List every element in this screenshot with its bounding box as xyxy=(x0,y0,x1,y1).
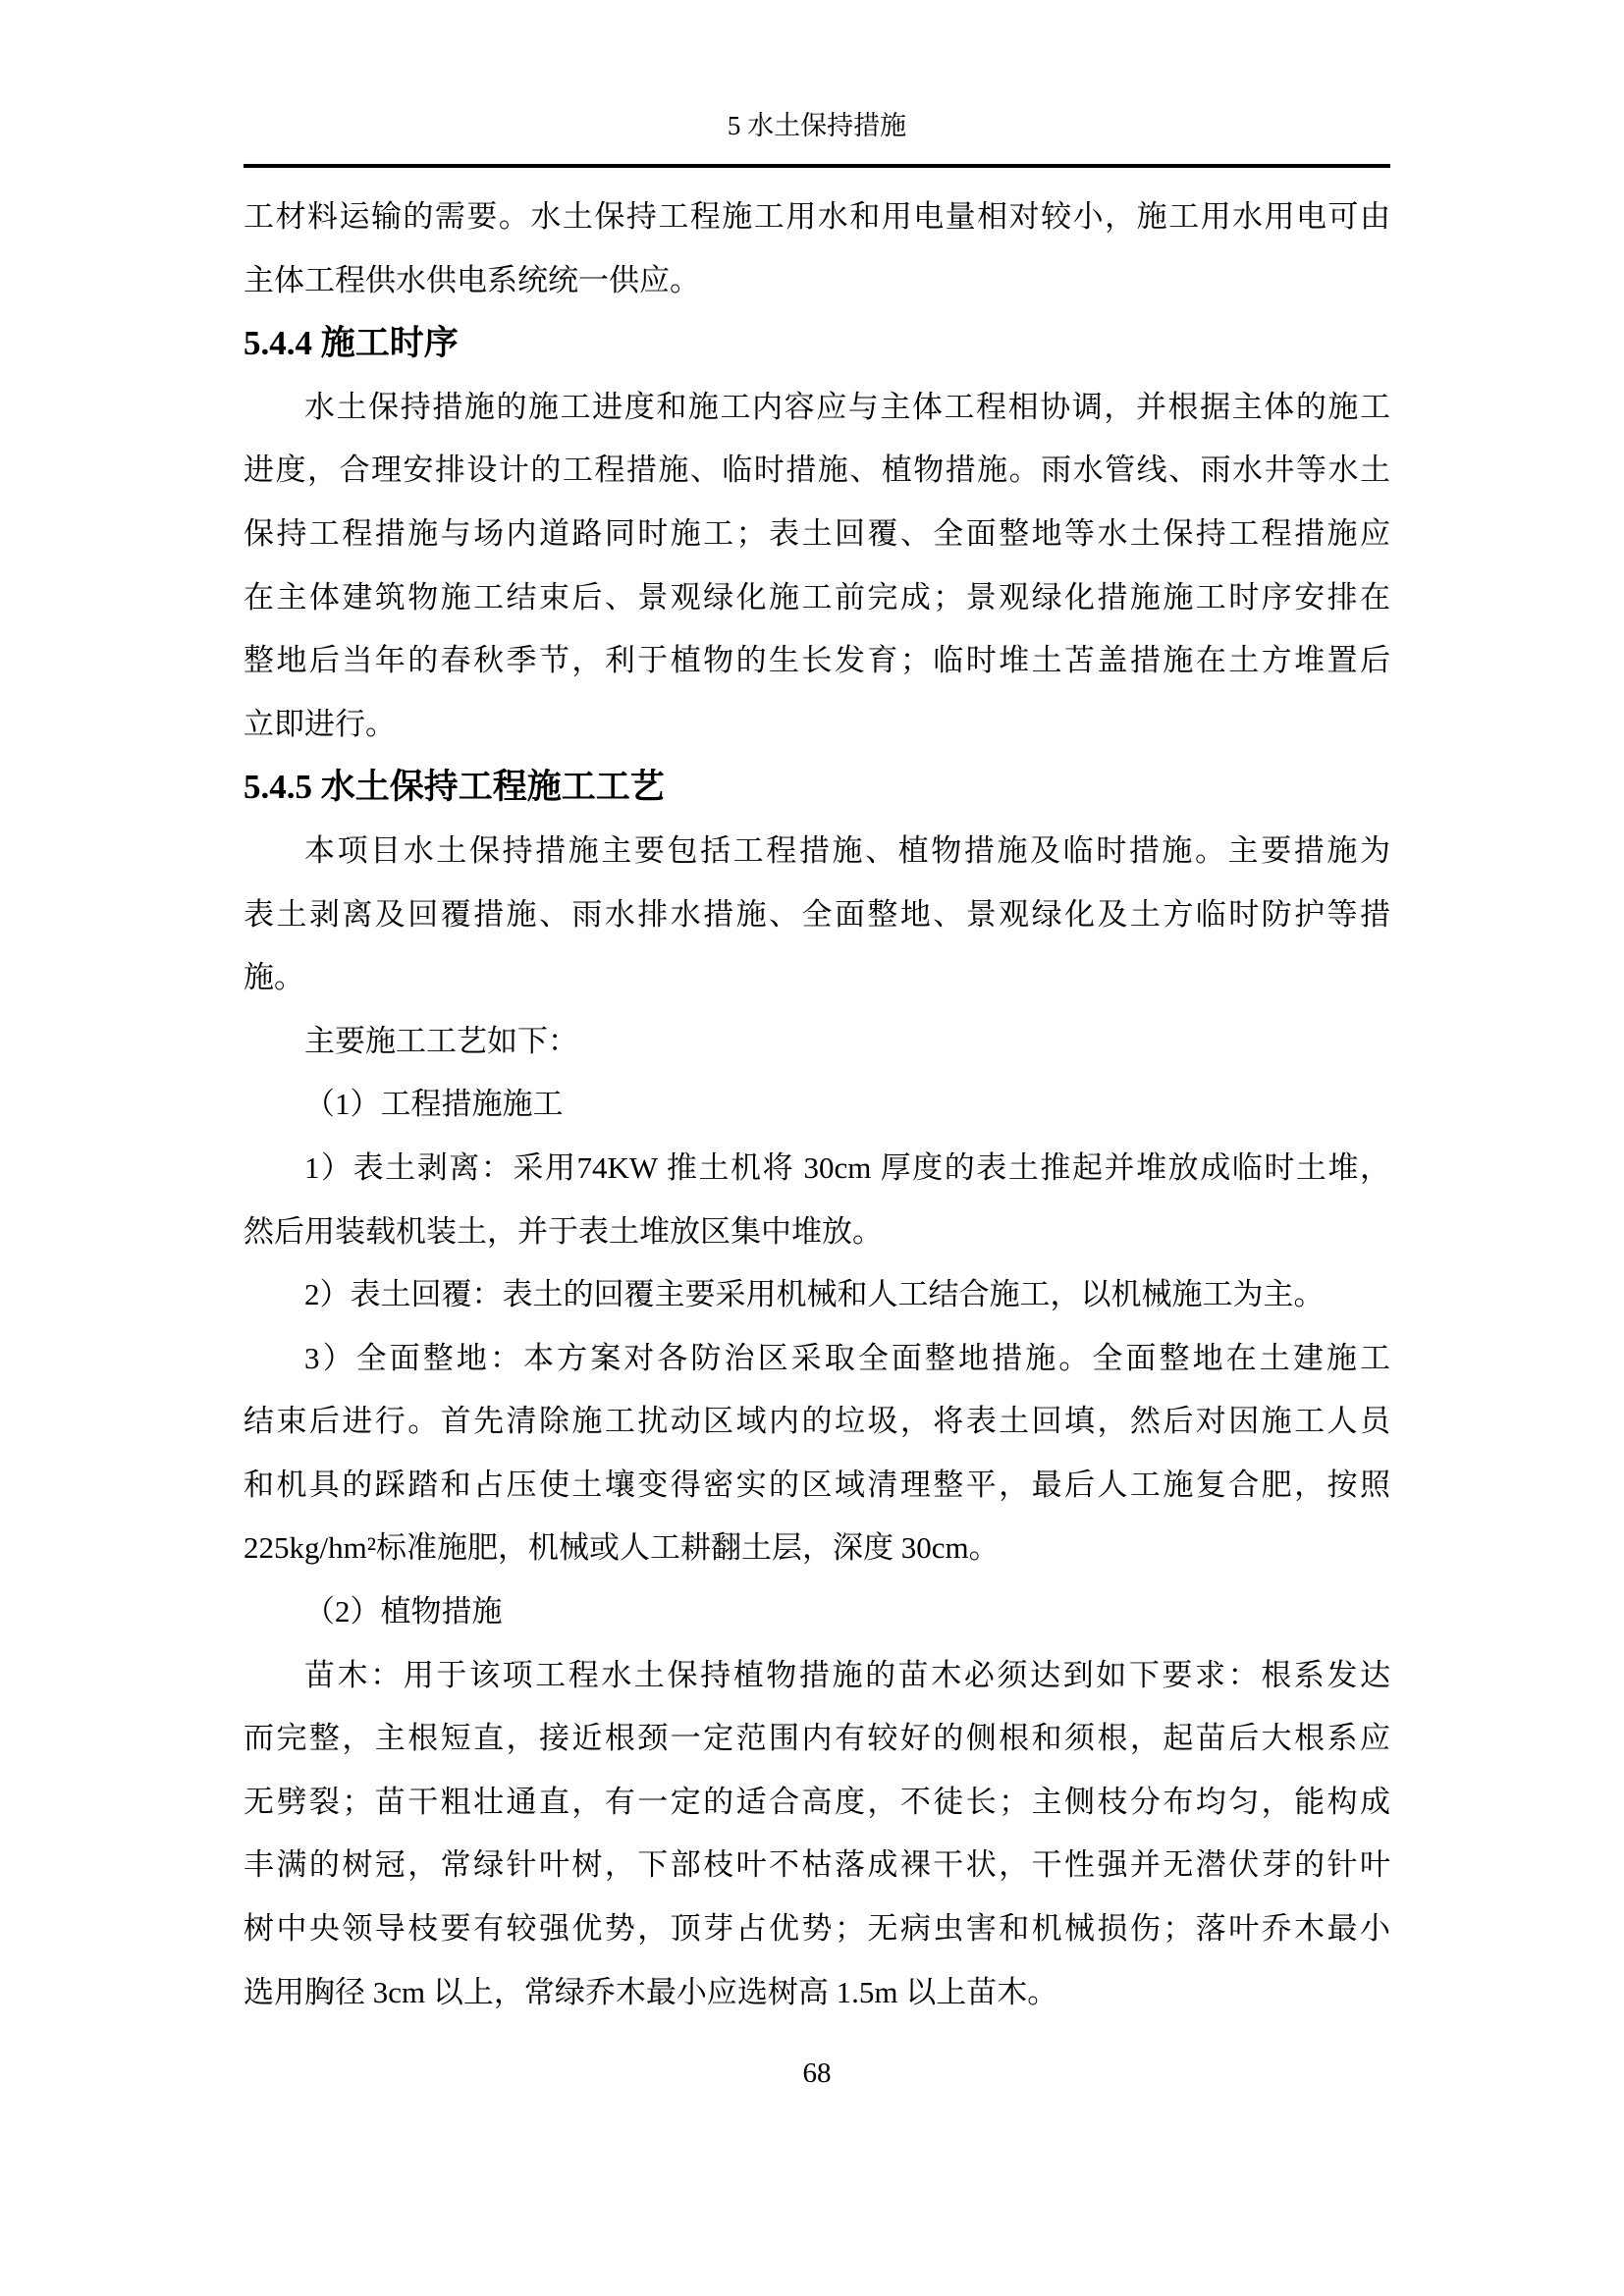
text-line: 225kg/hm²标准施肥，机械或人工耕翻土层，深度 30cm。 xyxy=(244,1517,1390,1580)
text-line: 本项目水土保持措施主要包括工程措施、植物措施及临时措施。主要措施为 xyxy=(244,820,1390,883)
text-line: 主体工程供水供电系统统一供应。 xyxy=(244,249,1390,313)
text-line: 丰满的树冠，常绿针叶树，下部枝叶不枯落成裸干状，干性强并无潜伏芽的针叶 xyxy=(244,1834,1390,1897)
text-line: 选用胸径 3cm 以上，常绿乔木最小应选树高 1.5m 以上苗木。 xyxy=(244,1961,1390,2025)
document-page: 5 水土保持措施 工材料运输的需要。水土保持工程施工用水和用电量相对较小，施工用… xyxy=(0,0,1624,2296)
text-line: 无劈裂；苗干粗壮通直，有一定的适合高度，不徒长；主侧枝分布均匀，能构成 xyxy=(244,1771,1390,1835)
text-line: 工材料运输的需要。水土保持工程施工用水和用电量相对较小，施工用水用电可由 xyxy=(244,186,1390,249)
text-line: 在主体建筑物施工结束后、景观绿化施工前完成；景观绿化措施施工时序安排在 xyxy=(244,566,1390,630)
page-number: 68 xyxy=(244,2054,1390,2093)
page-header-title: 5 水土保持措施 xyxy=(244,106,1390,145)
text-line: 主要施工工艺如下： xyxy=(244,1010,1390,1074)
text-line: （1）工程措施施工 xyxy=(244,1073,1390,1137)
text-line: 施。 xyxy=(244,946,1390,1010)
text-line: 而完整，主根短直，接近根颈一定范围内有较好的侧根和须根，起苗后大根系应 xyxy=(244,1707,1390,1771)
body-text: 工材料运输的需要。水土保持工程施工用水和用电量相对较小，施工用水用电可由主体工程… xyxy=(244,186,1390,2024)
section-heading: 5.4.4 施工时序 xyxy=(244,312,1390,376)
text-line: 1）表土剥离：采用74KW 推土机将 30cm 厚度的表土推起并堆放成临时土堆， xyxy=(244,1137,1390,1201)
text-line: 保持工程措施与场内道路同时施工；表土回覆、全面整地等水土保持工程措施应 xyxy=(244,503,1390,566)
text-line: 水土保持措施的施工进度和施工内容应与主体工程相协调，并根据主体的施工 xyxy=(244,376,1390,440)
text-line: 2）表土回覆：表土的回覆主要采用机械和人工结合施工，以机械施工为主。 xyxy=(244,1263,1390,1327)
section-heading: 5.4.5 水土保持工程施工工艺 xyxy=(244,756,1390,820)
text-line: 然后用装载机装土，并于表土堆放区集中堆放。 xyxy=(244,1201,1390,1264)
text-line: 立即进行。 xyxy=(244,693,1390,757)
text-line: 整地后当年的春秋季节，利于植物的生长发育；临时堆土苫盖措施在土方堆置后 xyxy=(244,629,1390,693)
text-line: （2）植物措施 xyxy=(244,1580,1390,1644)
text-line: 树中央领导枝要有较强优势，顶芽占优势；无病虫害和机械损伤；落叶乔木最小 xyxy=(244,1897,1390,1961)
text-line: 3）全面整地：本方案对各防治区采取全面整地措施。全面整地在土建施工 xyxy=(244,1327,1390,1391)
text-line: 苗木：用于该项工程水土保持植物措施的苗木必须达到如下要求：根系发达 xyxy=(244,1644,1390,1708)
text-line: 表土剥离及回覆措施、雨水排水措施、全面整地、景观绿化及土方临时防护等措 xyxy=(244,883,1390,947)
text-line: 结束后进行。首先清除施工扰动区域内的垃圾，将表土回填，然后对因施工人员 xyxy=(244,1390,1390,1454)
header-rule xyxy=(244,164,1390,168)
text-line: 进度，合理安排设计的工程措施、临时措施、植物措施。雨水管线、雨水井等水土 xyxy=(244,439,1390,503)
text-line: 和机具的踩踏和占压使土壤变得密实的区域清理整平，最后人工施复合肥，按照 xyxy=(244,1454,1390,1518)
